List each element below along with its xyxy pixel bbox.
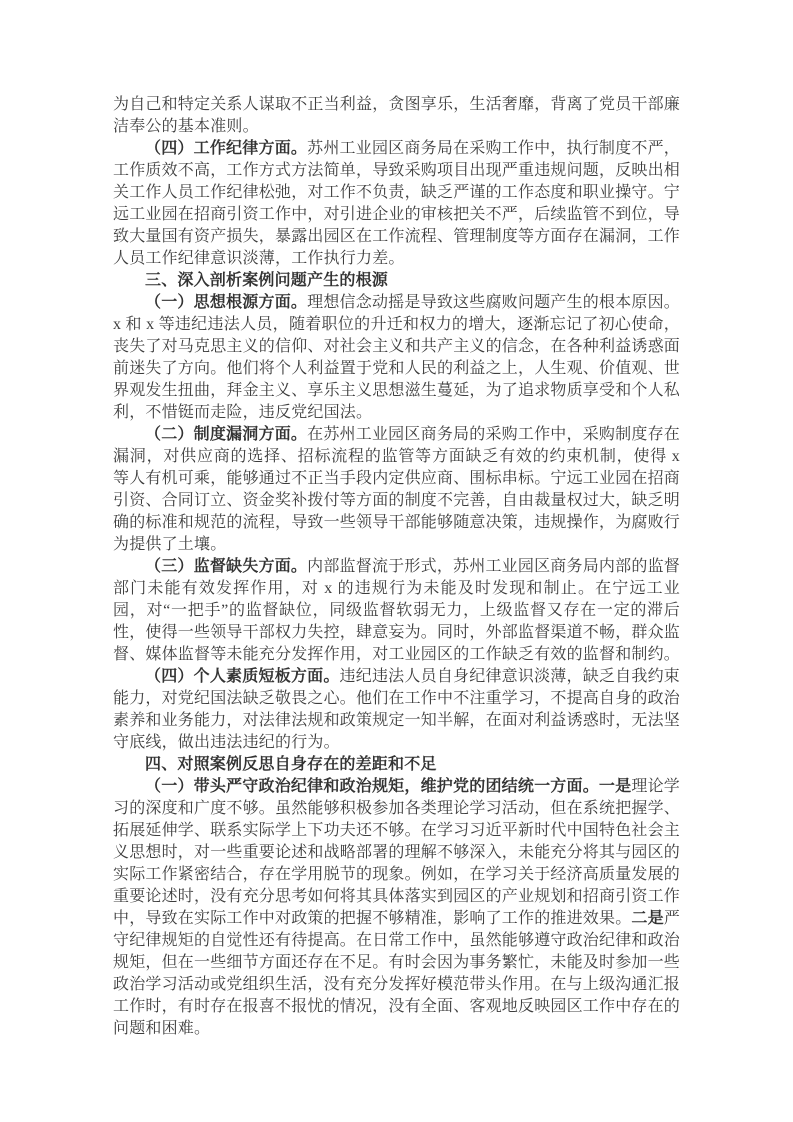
text-run: 苏州工业园区商务局在采购工作中，执行制度不严，工作质效不高，工作方式方法简单，导… [113,140,680,267]
bold-run: （四）个人素质短板方面。 [145,668,340,685]
paragraph: （二）制度漏洞方面。在苏州工业园区商务局的采购工作中，采购制度存在漏洞，对供应商… [113,424,680,556]
paragraph: （一）思想根源方面。理想信念动摇是导致这些腐败问题产生的根本原因。x 和 x 等… [113,292,680,424]
bold-run: （四）工作纪律方面。 [145,140,307,157]
text-run: 严守纪律规矩的自觉性还有待提高。在日常工作中，虽然能够遵守政治纪律和政治规矩，但… [113,910,680,1037]
bold-run: （一）思想根源方面。 [145,294,307,311]
section-heading: 四、对照案例反思自身存在的差距和不足 [113,754,680,776]
bold-run: （一）带头严守政治纪律和政治规矩，维护党的团结统一方面。一是 [145,778,631,795]
bold-run: （三）监督缺失方面。 [145,558,307,575]
text-run: 理想信念动摇是导致这些腐败问题产生的根本原因。x 和 x 等违纪违法人员，随着职… [113,294,680,421]
bold-run: 三、深入剖析案例问题产生的根源 [145,272,388,289]
paragraph: （四）工作纪律方面。苏州工业园区商务局在采购工作中，执行制度不严，工作质效不高，… [113,138,680,270]
text-run: 在苏州工业园区商务局的采购工作中，采购制度存在漏洞，对供应商的选择、招标流程的监… [113,426,680,553]
text-run: 为自己和特定关系人谋取不正当利益，贪图享乐，生活奢靡，背离了党员干部廉洁奉公的基… [113,96,680,135]
paragraph: （三）监督缺失方面。内部监督流于形式，苏州工业园区商务局内部的监督部门未能有效发… [113,556,680,666]
paragraph: 为自己和特定关系人谋取不正当利益，贪图享乐，生活奢靡，背离了党员干部廉洁奉公的基… [113,94,680,138]
section-heading: 三、深入剖析案例问题产生的根源 [113,270,680,292]
bold-run: （二）制度漏洞方面。 [145,426,307,443]
document-page: 为自己和特定关系人谋取不正当利益，贪图享乐，生活奢靡，背离了党员干部廉洁奉公的基… [0,0,793,1122]
document-body: 为自己和特定关系人谋取不正当利益，贪图享乐，生活奢靡，背离了党员干部廉洁奉公的基… [113,94,680,1040]
text-run: 理论学习的深度和广度不够。虽然能够积极参加各类理论学习活动，但在系统把握学、拓展… [113,778,680,927]
paragraph: （四）个人素质短板方面。违纪违法人员自身纪律意识淡薄，缺乏自我约束能力，对党纪国… [113,666,680,754]
bold-run: 四、对照案例反思自身存在的差距和不足 [145,756,437,773]
bold-run: 二是 [631,910,663,927]
paragraph: （一）带头严守政治纪律和政治规矩，维护党的团结统一方面。一是理论学习的深度和广度… [113,776,680,1040]
